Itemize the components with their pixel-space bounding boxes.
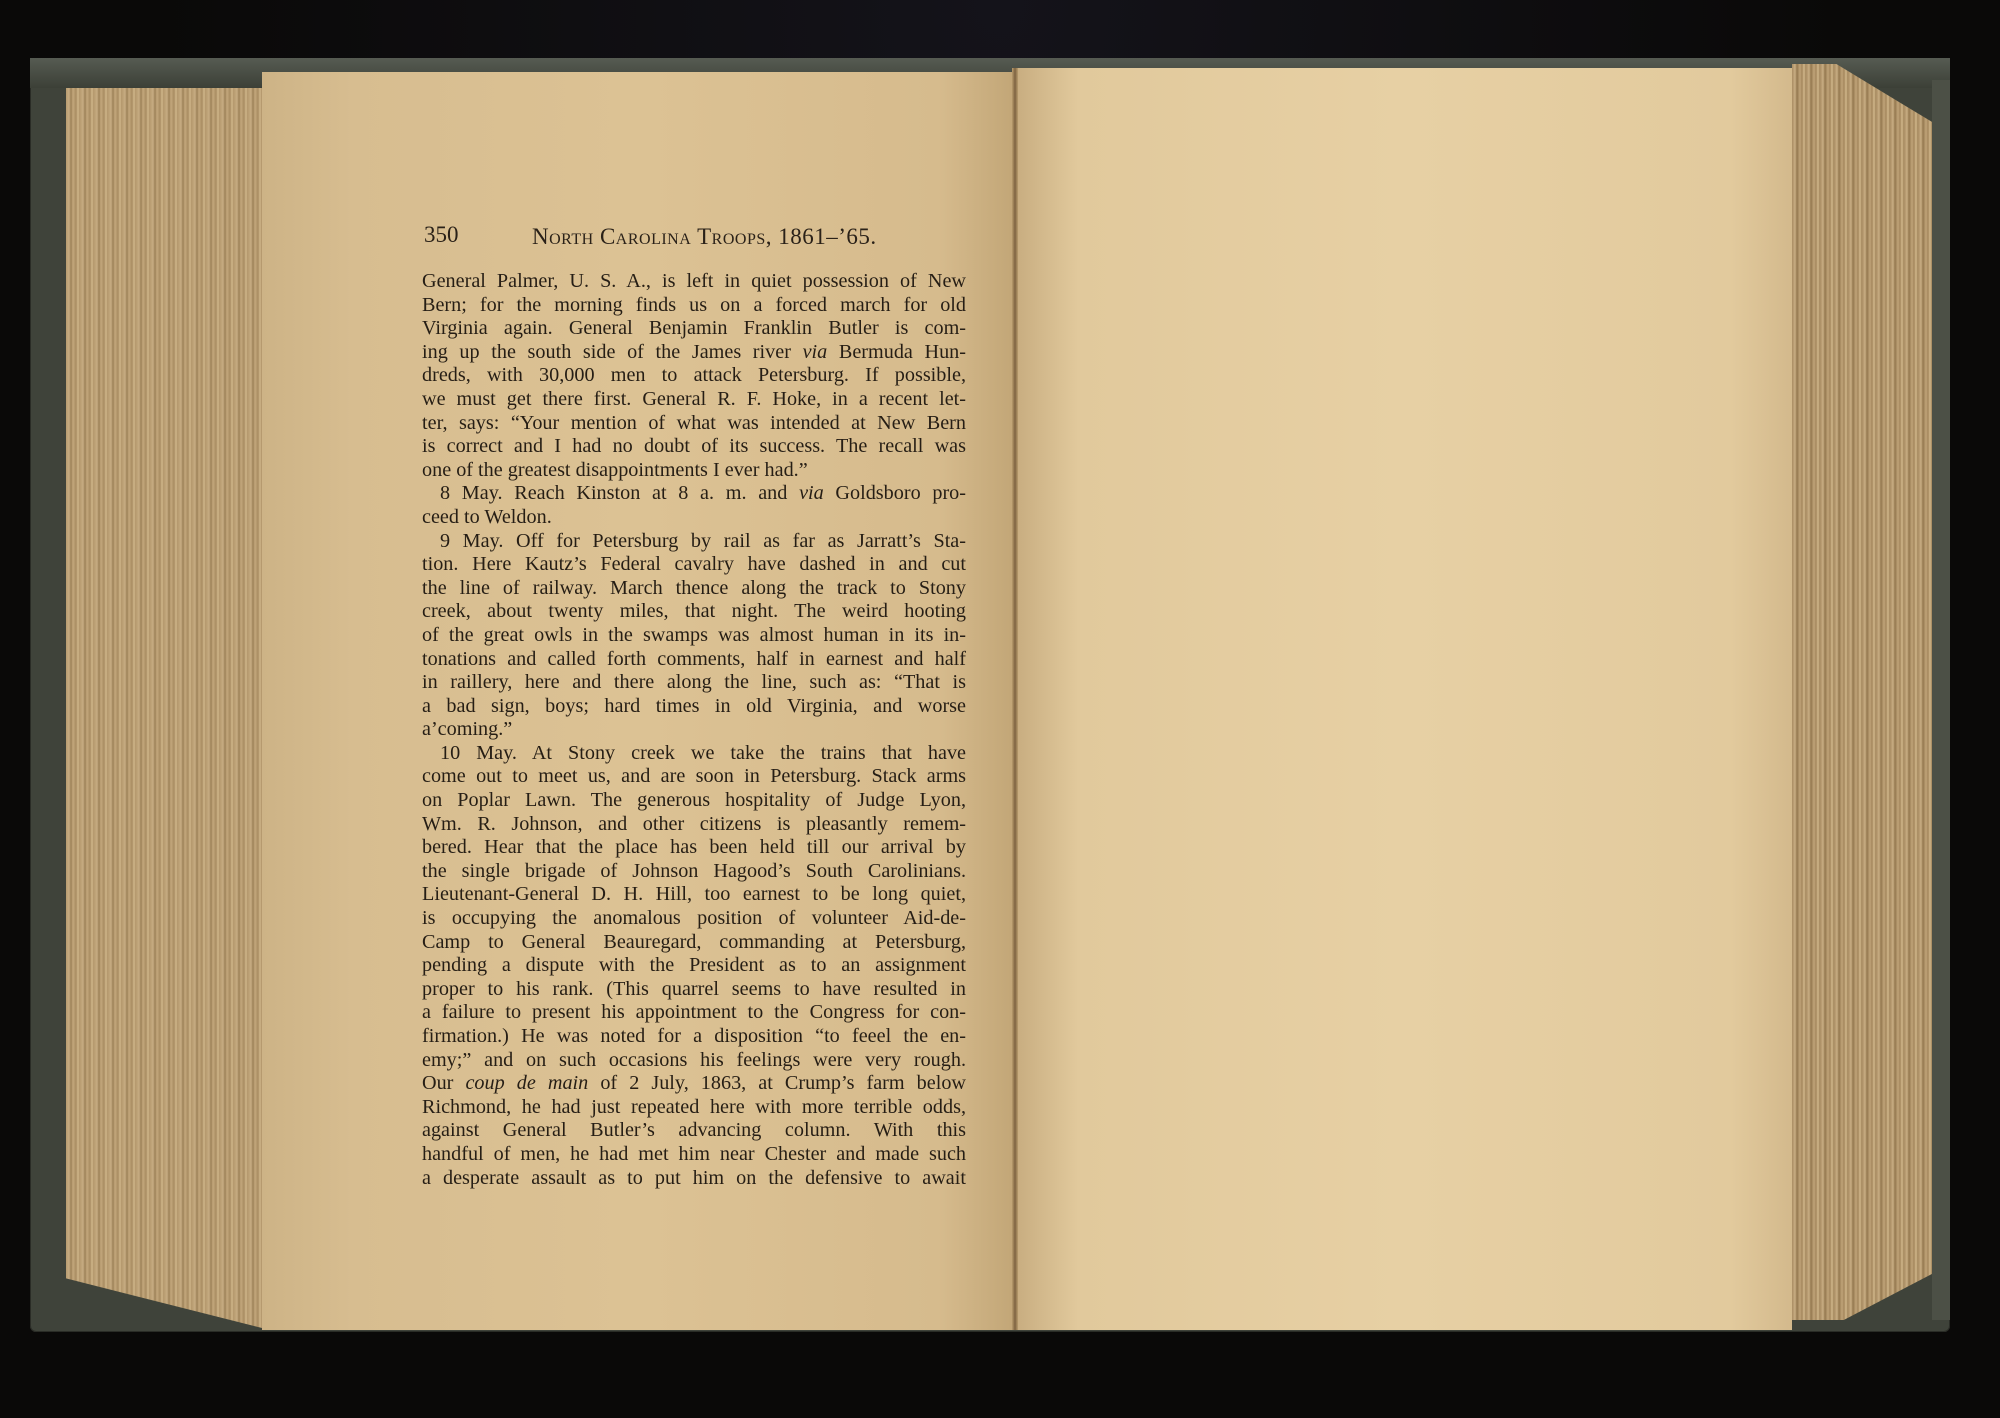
book-gutter [1012,68,1018,1330]
text-line: a desperate assault as to put him on the… [422,1167,966,1191]
text-line: proper to his rank. (This quarrel seems … [422,978,966,1002]
text-line: one of the greatest disappointments I ev… [422,459,966,483]
text-line: Virginia again. General Benjamin Frankli… [422,317,966,341]
page-number: 350 [424,222,459,248]
right-page [1016,68,1792,1330]
text-line: is occupying the anomalous position of v… [422,907,966,931]
text-line: ter, says: “Your mention of what was int… [422,412,966,436]
text-line: Wm. R. Johnson, and other citizens is pl… [422,813,966,837]
italic-phrase: coup de main [465,1072,588,1094]
text-line: bered. Hear that the place has been held… [422,836,966,860]
running-head: 350 North Carolina Troops, 1861–’65. [424,222,984,252]
text-line: General Palmer, U. S. A., is left in qui… [422,270,966,294]
text-line: emy;” and on such occasions his feelings… [422,1049,966,1073]
text-line: of the great owls in the swamps was almo… [422,624,966,648]
text-line: come out to meet us, and are soon in Pet… [422,765,966,789]
text-line: Camp to General Beauregard, commanding a… [422,931,966,955]
text-line: is correct and I had no doubt of its suc… [422,435,966,459]
right-page-edges [1792,64,1940,1320]
text-line: Richmond, he had just repeated here with… [422,1096,966,1120]
text-line: firmation.) He was noted for a dispositi… [422,1025,966,1049]
text-line: a failure to present his appointment to … [422,1001,966,1025]
text-line: Our coup de main of 2 July, 1863, at Cru… [422,1072,966,1096]
italic-phrase: via [803,341,828,363]
text-line: a bad sign, boys; hard times in old Virg… [422,695,966,719]
text-line: Bern; for the morning finds us on a forc… [422,294,966,318]
text-line: against General Butler’s advancing colum… [422,1119,966,1143]
text-line: dreds, with 30,000 men to attack Petersb… [422,364,966,388]
page-body-text: General Palmer, U. S. A., is left in qui… [422,270,966,1190]
italic-phrase: via [799,482,824,504]
text-line: handful of men, he had met him near Ches… [422,1143,966,1167]
text-line: creek, about twenty miles, that night. T… [422,600,966,624]
text-line: the line of railway. March thence along … [422,577,966,601]
text-line: ceed to Weldon. [422,506,966,530]
text-line: in raillery, here and there along the li… [422,671,966,695]
text-line: tonations and called forth comments, hal… [422,648,966,672]
text-line: 8 May. Reach Kinston at 8 a. m. and via … [422,482,966,506]
running-head-title: North Carolina Troops, 1861–’65. [532,224,877,250]
text-line: 10 May. At Stony creek we take the train… [422,742,966,766]
text-line: ing up the south side of the James river… [422,341,966,365]
text-line: Lieutenant-General D. H. Hill, too earne… [422,883,966,907]
text-line: the single brigade of Johnson Hagood’s S… [422,860,966,884]
left-page-edges [66,88,262,1328]
text-line: 9 May. Off for Petersburg by rail as far… [422,530,966,554]
text-line: pending a dispute with the President as … [422,954,966,978]
text-line: a’coming.” [422,718,966,742]
text-line: we must get there first. General R. F. H… [422,388,966,412]
right-cover-edge [1932,80,1950,1320]
text-line: on Poplar Lawn. The generous hospitality… [422,789,966,813]
text-line: tion. Here Kautz’s Federal cavalry have … [422,553,966,577]
